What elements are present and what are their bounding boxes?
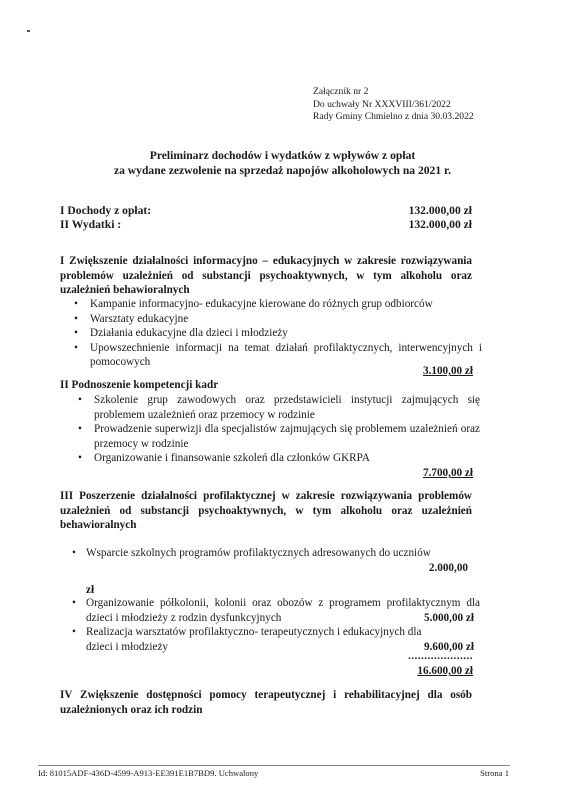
list-item: •Kampanie informacyjno- edukacyjne kiero…: [66, 297, 482, 312]
item-amount: 5.000,00 zł: [424, 611, 474, 626]
title-line-2: za wydane zezwolenie na sprzedaż napojów…: [60, 164, 505, 179]
bullet-icon: •: [72, 596, 76, 611]
bullet-icon: •: [74, 326, 78, 341]
list-item: • Organizowanie półkolonii, kolonii oraz…: [66, 596, 480, 625]
dotted-separator: ....................: [408, 650, 473, 662]
bullet-icon: •: [72, 546, 76, 561]
footer-document-id: Id: 81015ADF-436D-4599-A913-EE391E1B7BD9…: [38, 768, 258, 779]
scan-speck: [27, 30, 30, 32]
section-1-items: •Kampanie informacyjno- edukacyjne kiero…: [66, 297, 482, 370]
summary-income-label: I Dochody z opłat:: [60, 204, 151, 217]
annex-number: Załącznik nr 2: [313, 86, 474, 99]
document-title: Preliminarz dochodów i wydatków z wpływó…: [60, 149, 505, 178]
section-3-items-cont: • Organizowanie półkolonii, kolonii oraz…: [66, 596, 480, 654]
bullet-icon: •: [72, 625, 76, 640]
section-3-heading: III Poszerzenie działalności profilaktyc…: [60, 489, 472, 533]
section-1-heading: I Zwiększenie działalności informacyjno …: [60, 254, 472, 298]
summary-expenses-amount: 132.000,00 zł: [409, 218, 472, 232]
resolution-number: Do uchwały Nr XXXVIII/361/2022: [313, 99, 474, 112]
list-item: •Warsztaty edukacyjne: [66, 312, 482, 327]
annex-header: Załącznik nr 2 Do uchwały Nr XXXVIII/361…: [313, 86, 474, 124]
footer-divider: [38, 765, 510, 766]
section-2-items: •Szkolenie grup zawodowych oraz przedsta…: [70, 393, 480, 466]
section-3-items: • Wsparcie szkolnych programów profilakt…: [66, 546, 480, 598]
bullet-icon: •: [74, 341, 78, 356]
summary-income-amount: 132.000,00 zł: [409, 204, 472, 218]
list-item: • Wsparcie szkolnych programów profilakt…: [66, 546, 480, 598]
list-item: •Organizowanie i finansowanie szkoleń dl…: [70, 451, 480, 466]
section-2-total: 7.700,00 zł: [423, 466, 473, 480]
item-amount-suffix: zł: [86, 584, 94, 596]
section-4-heading: IV Zwiększenie dostępności pomocy terape…: [60, 688, 472, 717]
footer-page-number: Strona 1: [480, 768, 509, 779]
bullet-icon: •: [74, 312, 78, 327]
list-item: •Prowadzenie superwizji dla specjalistów…: [70, 422, 480, 451]
item-amount: 2.000,00: [429, 562, 468, 574]
bullet-icon: •: [78, 451, 82, 466]
bullet-icon: •: [78, 422, 82, 437]
bullet-icon: •: [78, 393, 82, 408]
section-3-total: 16.600,00 zł: [417, 664, 473, 678]
section-2-heading: II Podnoszenie kompetencji kadr: [60, 378, 472, 393]
summary-income: I Dochody z opłat: 132.000,00 zł: [60, 204, 472, 218]
bullet-icon: •: [74, 297, 78, 312]
section-1-total: 3.100,00 zł: [423, 364, 473, 378]
title-line-1: Preliminarz dochodów i wydatków z wpływó…: [60, 149, 505, 164]
list-item: •Działania edukacyjne dla dzieci i młodz…: [66, 326, 482, 341]
council-date: Rady Gminy Chmielno z dnia 30.03.2022: [313, 111, 474, 124]
summary-expenses: II Wydatki : 132.000,00 zł: [60, 218, 472, 232]
summary-expenses-label: II Wydatki :: [60, 218, 121, 231]
list-item: •Szkolenie grup zawodowych oraz przedsta…: [70, 393, 480, 422]
list-item: •Upowszechnienie informacji na temat dzi…: [66, 341, 482, 370]
